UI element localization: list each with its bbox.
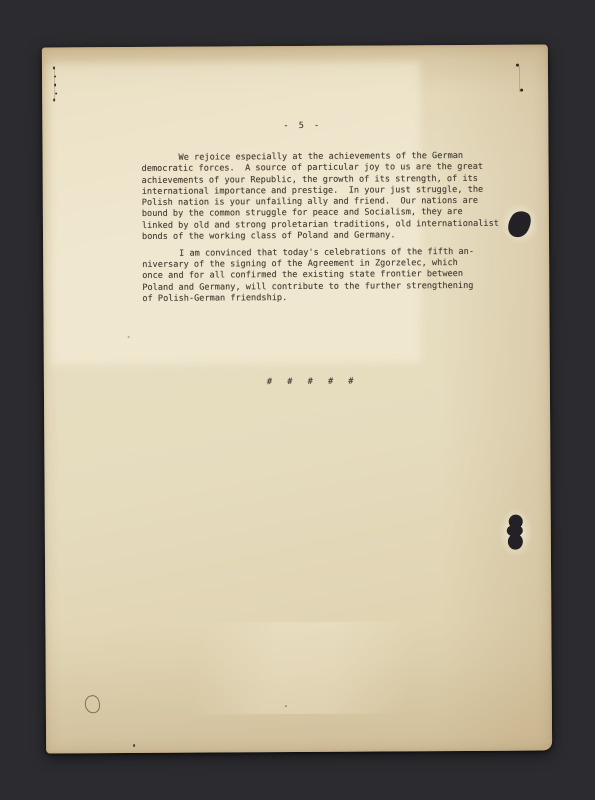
paper-shade-top (42, 44, 548, 95)
paper-light-streak (45, 620, 552, 715)
paper-speck (285, 705, 287, 707)
paper-shade-bottom (45, 620, 552, 753)
paragraph-2: I am convinced that today's celebrations… (142, 247, 499, 306)
staple-mark-left (52, 66, 58, 102)
text-line: Poland and Germany, will contribute to t… (142, 281, 499, 294)
text-line: of Polish-German friendship. (142, 292, 499, 305)
paragraph-1: We rejoice especially at the achievement… (141, 151, 499, 244)
page-number: - 5 - (283, 121, 321, 133)
paper-speck (128, 336, 130, 338)
paper-speck (133, 744, 135, 747)
handwritten-circle-mark (84, 694, 101, 714)
document-page: - 5 - We rejoice especially at the achie… (42, 44, 552, 753)
typed-text-block: We rejoice especially at the achievement… (141, 151, 499, 306)
scan-background: { "scan": { "background_color": "#2c2b2f… (0, 0, 595, 800)
text-line: bonds of the working class of Poland and… (142, 230, 499, 243)
staple-mark-right (516, 62, 524, 94)
end-marks: # # # # # (267, 377, 354, 389)
ink-blot-bottom (507, 515, 525, 552)
